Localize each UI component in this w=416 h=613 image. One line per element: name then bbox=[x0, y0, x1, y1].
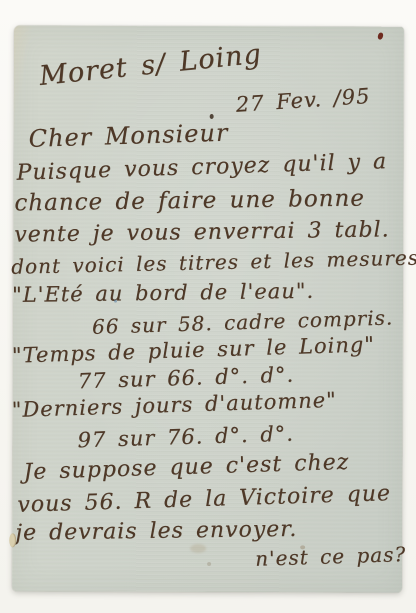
letter-date: 27 Fev. /95 bbox=[235, 86, 371, 116]
ink-blot bbox=[210, 114, 214, 119]
letter-photo: Moret s/ Loing 27 Fev. /95 Cher Monsieur… bbox=[0, 0, 416, 613]
red-ink-dot bbox=[377, 32, 383, 40]
paper-speck bbox=[300, 545, 305, 549]
letter-measurement-3: 97 sur 76. d°. d°. bbox=[77, 424, 294, 452]
letter-body-line-11: Je suppose que c'est chez bbox=[23, 452, 349, 484]
letter-painting-title-3: "Derniers jours d'automne" bbox=[11, 390, 337, 421]
letter-body-line-1: Puisque vous croyez qu'il y a bbox=[16, 151, 387, 185]
letter-closing-line: n'est ce pas? bbox=[255, 544, 407, 569]
letter-measurement-2: 77 sur 66. d°. d°. bbox=[77, 365, 294, 393]
paper-edge-notch bbox=[9, 533, 16, 547]
letter-salutation: Cher Monsieur bbox=[28, 121, 228, 151]
letter-place: Moret s/ Loing bbox=[38, 41, 263, 90]
letter-paper: Moret s/ Loing 27 Fev. /95 Cher Monsieur… bbox=[12, 25, 404, 592]
paper-speck-small bbox=[207, 562, 211, 566]
paper-stain bbox=[190, 544, 206, 553]
letter-painting-title-1: "L'Eté au bord de l'eau". bbox=[12, 281, 314, 306]
letter-body-line-3: vente je vous enverrai 3 tabl. bbox=[14, 219, 390, 246]
letter-painting-title-2: "Temps de pluie sur le Loing" bbox=[12, 334, 376, 366]
letter-body-line-13: je devrais les envoyer. bbox=[15, 519, 297, 545]
letter-body-line-12: vous 56. R de la Victoire que bbox=[17, 483, 391, 517]
letter-body-line-2: chance de faire une bonne bbox=[14, 187, 365, 215]
letter-body-line-4: dont voici les titres et les mesures. bbox=[11, 247, 416, 276]
blue-speck bbox=[114, 300, 117, 303]
